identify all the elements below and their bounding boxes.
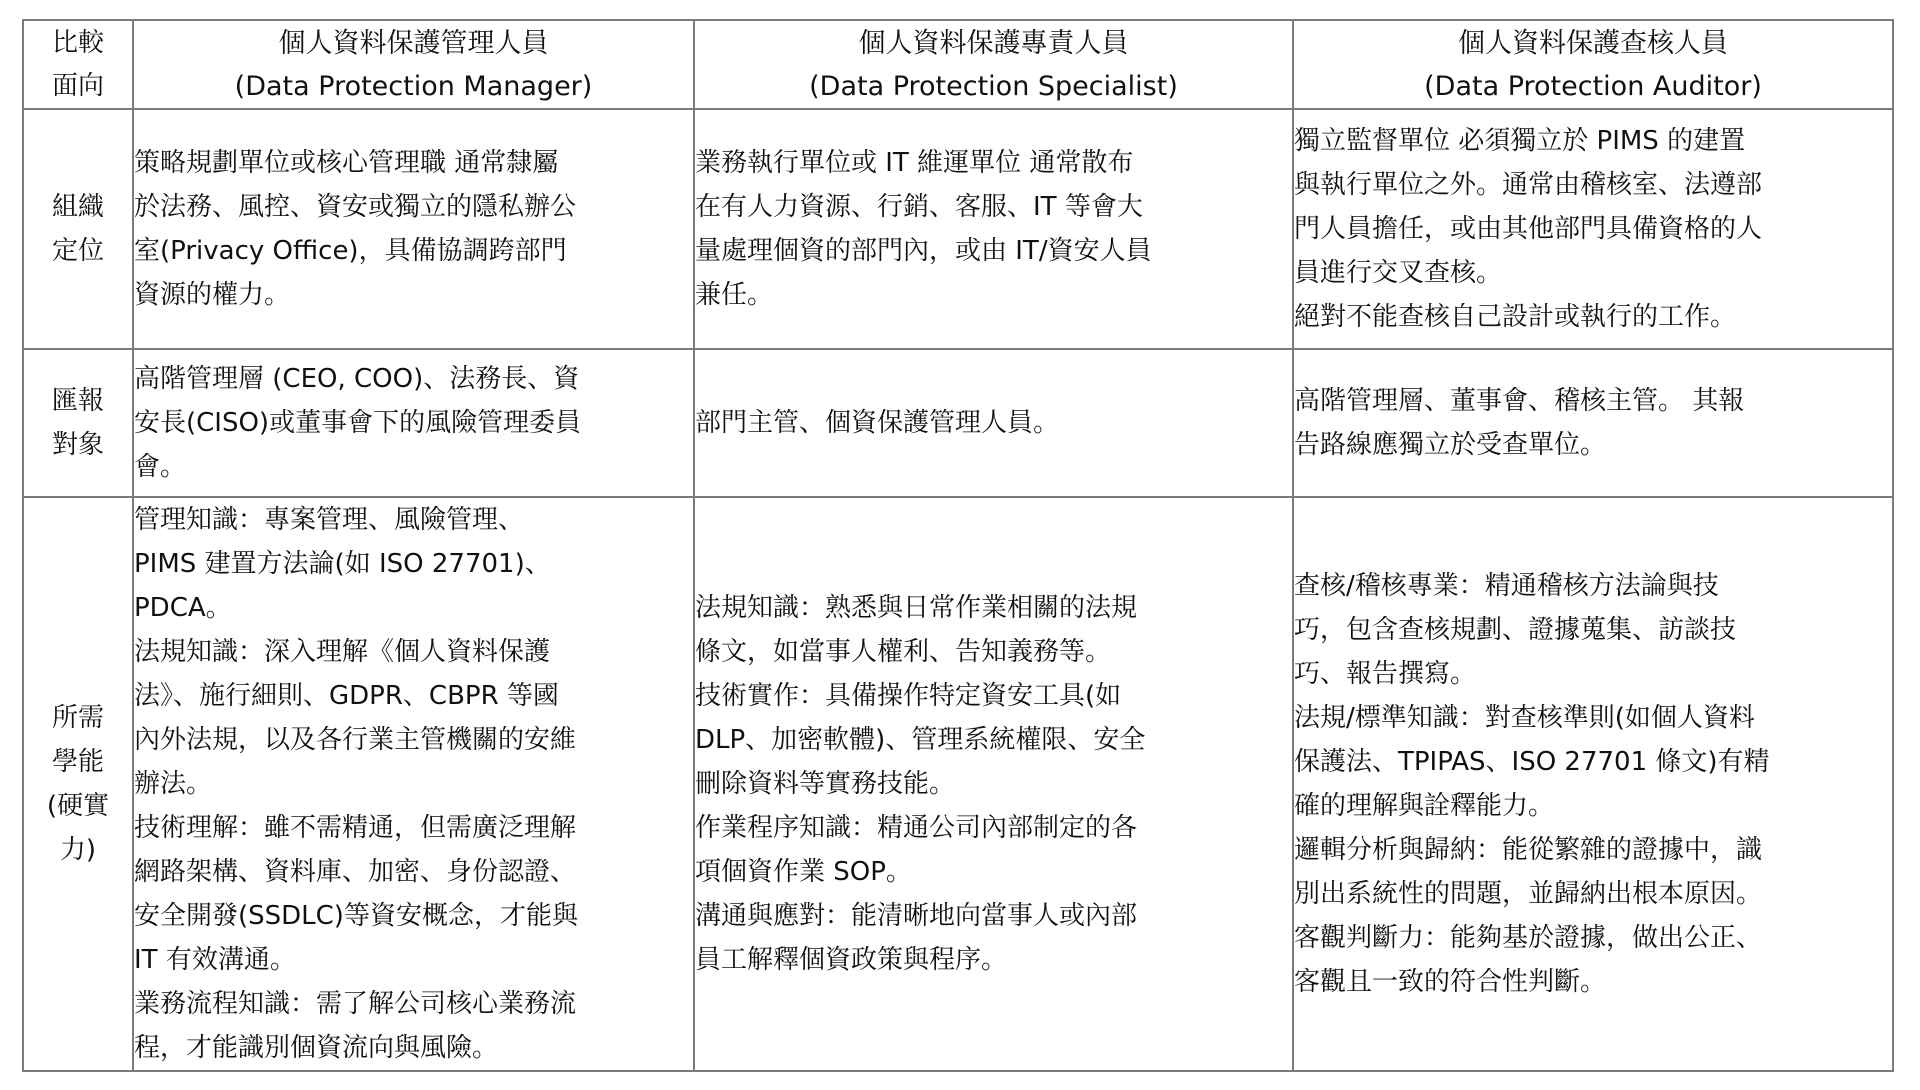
text-line: 會。 [134, 445, 693, 489]
text-line: 內外法規，以及各行業主管機關的安維 [134, 718, 693, 762]
row-organization-position: 組織定位 策略規劃單位或核心管理職 通常隸屬於法務、風控、資安或獨立的隱私辦公室… [23, 109, 1893, 349]
text-line: 組織 [24, 185, 132, 229]
text-line: 項個資作業 SOP。 [695, 850, 1292, 894]
text-line: 高階管理層、董事會、稽核主管。 其報 [1294, 379, 1892, 423]
corner-line: 面向 [24, 65, 132, 108]
text-line: 法規知識：深入理解《個人資料保護 [134, 630, 693, 674]
text-line: 在有人力資源、行銷、客服、IT 等會大 [695, 185, 1292, 229]
text-line: 法》、施行細則、GDPR、CBPR 等國 [134, 674, 693, 718]
text-line: 獨立監督單位 必須獨立於 PIMS 的建置 [1294, 119, 1892, 163]
text-line: 安長(CISO)或董事會下的風險管理委員 [134, 401, 693, 445]
text-line: 對象 [24, 423, 132, 467]
column-title-zh: 個人資料保護專責人員 [695, 22, 1292, 65]
text-line: 技術理解：雖不需精通，但需廣泛理解 [134, 806, 693, 850]
column-header-auditor: 個人資料保護查核人員 (Data Protection Auditor) [1293, 20, 1893, 109]
text-line: 策略規劃單位或核心管理職 通常隸屬 [134, 141, 693, 185]
column-title-en: (Data Protection Specialist) [695, 65, 1292, 108]
cell-auditor: 獨立監督單位 必須獨立於 PIMS 的建置與執行單位之外。通常由稽核室、法遵部門… [1293, 109, 1893, 349]
text-line: 辦法。 [134, 762, 693, 806]
text-line: 安全開發(SSDLC)等資安概念，才能與 [134, 894, 693, 938]
comparison-table: 比較 面向 個人資料保護管理人員 (Data Protection Manage… [22, 19, 1894, 1072]
row-label: 匯報對象 [23, 349, 133, 497]
row-label: 所需學能(硬實力) [23, 497, 133, 1071]
column-header-manager: 個人資料保護管理人員 (Data Protection Manager) [133, 20, 694, 109]
text-line: 力) [24, 828, 132, 872]
text-line: 查核/稽核專業：精通稽核方法論與技 [1294, 564, 1892, 608]
text-line: 與執行單位之外。通常由稽核室、法遵部 [1294, 163, 1892, 207]
text-line: 管理知識：專案管理、風險管理、 [134, 498, 693, 542]
row-required-competencies: 所需學能(硬實力) 管理知識：專案管理、風險管理、PIMS 建置方法論(如 IS… [23, 497, 1893, 1071]
text-line: 匯報 [24, 379, 132, 423]
text-line: 部門主管、個資保護管理人員。 [695, 401, 1292, 445]
text-line: 確的理解與詮釋能力。 [1294, 784, 1892, 828]
text-line: 門人員擔任，或由其他部門具備資格的人 [1294, 207, 1892, 251]
text-line: 絕對不能查核自己設計或執行的工作。 [1294, 295, 1892, 339]
text-line: PDCA。 [134, 586, 693, 630]
cell-auditor: 查核/稽核專業：精通稽核方法論與技巧，包含查核規劃、證據蒐集、訪談技巧、報告撰寫… [1293, 497, 1893, 1071]
cell-specialist: 部門主管、個資保護管理人員。 [694, 349, 1293, 497]
cell-specialist: 業務執行單位或 IT 維運單位 通常散布在有人力資源、行銷、客服、IT 等會大量… [694, 109, 1293, 349]
text-line: 業務執行單位或 IT 維運單位 通常散布 [695, 141, 1292, 185]
text-line: 兼任。 [695, 273, 1292, 317]
text-line: 刪除資料等實務技能。 [695, 762, 1292, 806]
text-line: 作業程序知識：精通公司內部制定的各 [695, 806, 1292, 850]
text-line: 法規/標準知識：對查核準則(如個人資料 [1294, 696, 1892, 740]
column-title-zh: 個人資料保護查核人員 [1294, 22, 1892, 65]
text-line: 客觀判斷力：能夠基於證據，做出公正、 [1294, 916, 1892, 960]
text-line: 學能 [24, 740, 132, 784]
column-title-zh: 個人資料保護管理人員 [134, 22, 693, 65]
text-line: DLP、加密軟體)、管理系統權限、安全 [695, 718, 1292, 762]
text-line: 員進行交叉查核。 [1294, 251, 1892, 295]
text-line: 巧、報告撰寫。 [1294, 652, 1892, 696]
text-line: 條文，如當事人權利、告知義務等。 [695, 630, 1292, 674]
column-title-en: (Data Protection Auditor) [1294, 65, 1892, 108]
text-line: 所需 [24, 696, 132, 740]
text-line: 告路線應獨立於受查單位。 [1294, 423, 1892, 467]
row-reporting-line: 匯報對象 高階管理層 (CEO, COO)、法務長、資安長(CISO)或董事會下… [23, 349, 1893, 497]
text-line: 溝通與應對：能清晰地向當事人或內部 [695, 894, 1292, 938]
text-line: 量處理個資的部門內，或由 IT/資安人員 [695, 229, 1292, 273]
text-line: 法規知識：熟悉與日常作業相關的法規 [695, 586, 1292, 630]
text-line: 高階管理層 (CEO, COO)、法務長、資 [134, 357, 693, 401]
text-line: 網路架構、資料庫、加密、身份認證、 [134, 850, 693, 894]
text-line: (硬實 [24, 784, 132, 828]
text-line: PIMS 建置方法論(如 ISO 27701)、 [134, 542, 693, 586]
corner-header: 比較 面向 [23, 20, 133, 109]
cell-manager: 高階管理層 (CEO, COO)、法務長、資安長(CISO)或董事會下的風險管理… [133, 349, 694, 497]
corner-line: 比較 [24, 22, 132, 65]
text-line: 客觀且一致的符合性判斷。 [1294, 960, 1892, 1004]
row-label: 組織定位 [23, 109, 133, 349]
column-title-en: (Data Protection Manager) [134, 65, 693, 108]
text-line: 技術實作：具備操作特定資安工具(如 [695, 674, 1292, 718]
text-line: 別出系統性的問題，並歸納出根本原因。 [1294, 872, 1892, 916]
header-row: 比較 面向 個人資料保護管理人員 (Data Protection Manage… [23, 20, 1893, 109]
text-line: 室(Privacy Office)，具備協調跨部門 [134, 229, 693, 273]
text-line: IT 有效溝通。 [134, 938, 693, 982]
text-line: 於法務、風控、資安或獨立的隱私辦公 [134, 185, 693, 229]
text-line: 巧，包含查核規劃、證據蒐集、訪談技 [1294, 608, 1892, 652]
text-line: 定位 [24, 229, 132, 273]
text-line: 員工解釋個資政策與程序。 [695, 938, 1292, 982]
text-line: 程，才能識別個資流向與風險。 [134, 1026, 693, 1070]
text-line: 資源的權力。 [134, 273, 693, 317]
cell-manager: 管理知識：專案管理、風險管理、PIMS 建置方法論(如 ISO 27701)、P… [133, 497, 694, 1071]
cell-specialist: 法規知識：熟悉與日常作業相關的法規條文，如當事人權利、告知義務等。技術實作：具備… [694, 497, 1293, 1071]
text-line: 業務流程知識：需了解公司核心業務流 [134, 982, 693, 1026]
cell-auditor: 高階管理層、董事會、稽核主管。 其報告路線應獨立於受查單位。 [1293, 349, 1893, 497]
cell-manager: 策略規劃單位或核心管理職 通常隸屬於法務、風控、資安或獨立的隱私辦公室(Priv… [133, 109, 694, 349]
column-header-specialist: 個人資料保護專責人員 (Data Protection Specialist) [694, 20, 1293, 109]
text-line: 邏輯分析與歸納：能從繁雜的證據中，識 [1294, 828, 1892, 872]
text-line: 保護法、TPIPAS、ISO 27701 條文)有精 [1294, 740, 1892, 784]
